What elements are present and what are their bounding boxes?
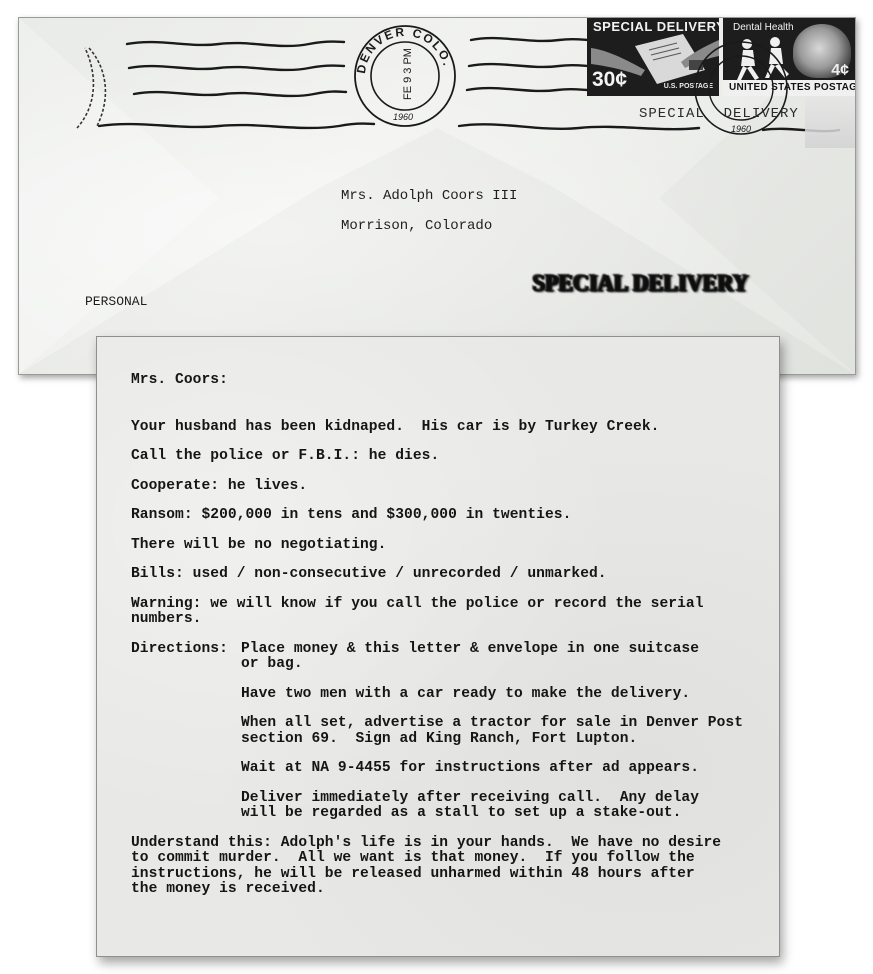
letter-paragraph: There will be no negotiating.	[131, 538, 771, 554]
stamp-title: SPECIAL DELIVERY	[593, 19, 719, 34]
letter-paragraph: Your husband has been kidnaped. His car …	[131, 420, 771, 436]
ransom-letter: Mrs. Coors: Your husband has been kidnap…	[96, 336, 780, 957]
letter-closing: Understand this: Adolph's life is in you…	[131, 836, 771, 898]
letter-paragraph: Bills: used / non-consecutive / unrecord…	[131, 567, 771, 583]
stamp-value: 30¢	[592, 68, 627, 92]
directions-item: Have two men with a car ready to make th…	[241, 687, 771, 703]
envelope: DENVER COLO. 2 FE 9 3 PM 1960 SPECIAL DE…	[18, 17, 856, 375]
recipient-address: Morrison, Colorado	[341, 218, 492, 234]
directions-item: When all set, advertise a tractor for sa…	[241, 716, 771, 747]
recipient-name: Mrs. Adolph Coors III	[341, 188, 517, 204]
directions-section: Directions: Place money & this letter & …	[131, 642, 771, 673]
letter-paragraph: Call the police or F.B.I.: he dies.	[131, 449, 771, 465]
letter-paragraph: Ransom: $200,000 in tens and $300,000 in…	[131, 508, 771, 524]
stamp-remnant	[805, 96, 855, 148]
letter-paragraph: Cooperate: he lives.	[131, 479, 771, 495]
letter-body: Mrs. Coors: Your husband has been kidnap…	[131, 373, 771, 912]
special-delivery-rubber-stamp: SPECIAL DELIVERY	[533, 269, 726, 299]
postmark-denver: DENVER COLO. 2 FE 9 3 PM 1960	[349, 17, 461, 128]
svg-text:FE 9 3 PM: FE 9 3 PM	[402, 48, 414, 100]
postmark-second: 1960	[691, 38, 791, 138]
letter-greeting: Mrs. Coors:	[131, 373, 771, 389]
directions-item: Deliver immediately after receiving call…	[241, 791, 771, 822]
stamp-value: 4¢	[831, 62, 849, 80]
directions-item: Place money & this letter & envelope in …	[241, 642, 699, 673]
svg-text:1960: 1960	[731, 124, 751, 134]
stamp-title: Dental Health	[733, 22, 794, 33]
directions-item: Wait at NA 9-4455 for instructions after…	[241, 761, 771, 777]
letter-paragraph: Warning: we will know if you call the po…	[131, 597, 771, 628]
directions-label: Directions:	[131, 642, 241, 673]
personal-label: PERSONAL	[85, 294, 147, 309]
typed-special-delivery: SPECIAL DELIVERY	[639, 106, 799, 122]
svg-text:1960: 1960	[393, 112, 413, 122]
